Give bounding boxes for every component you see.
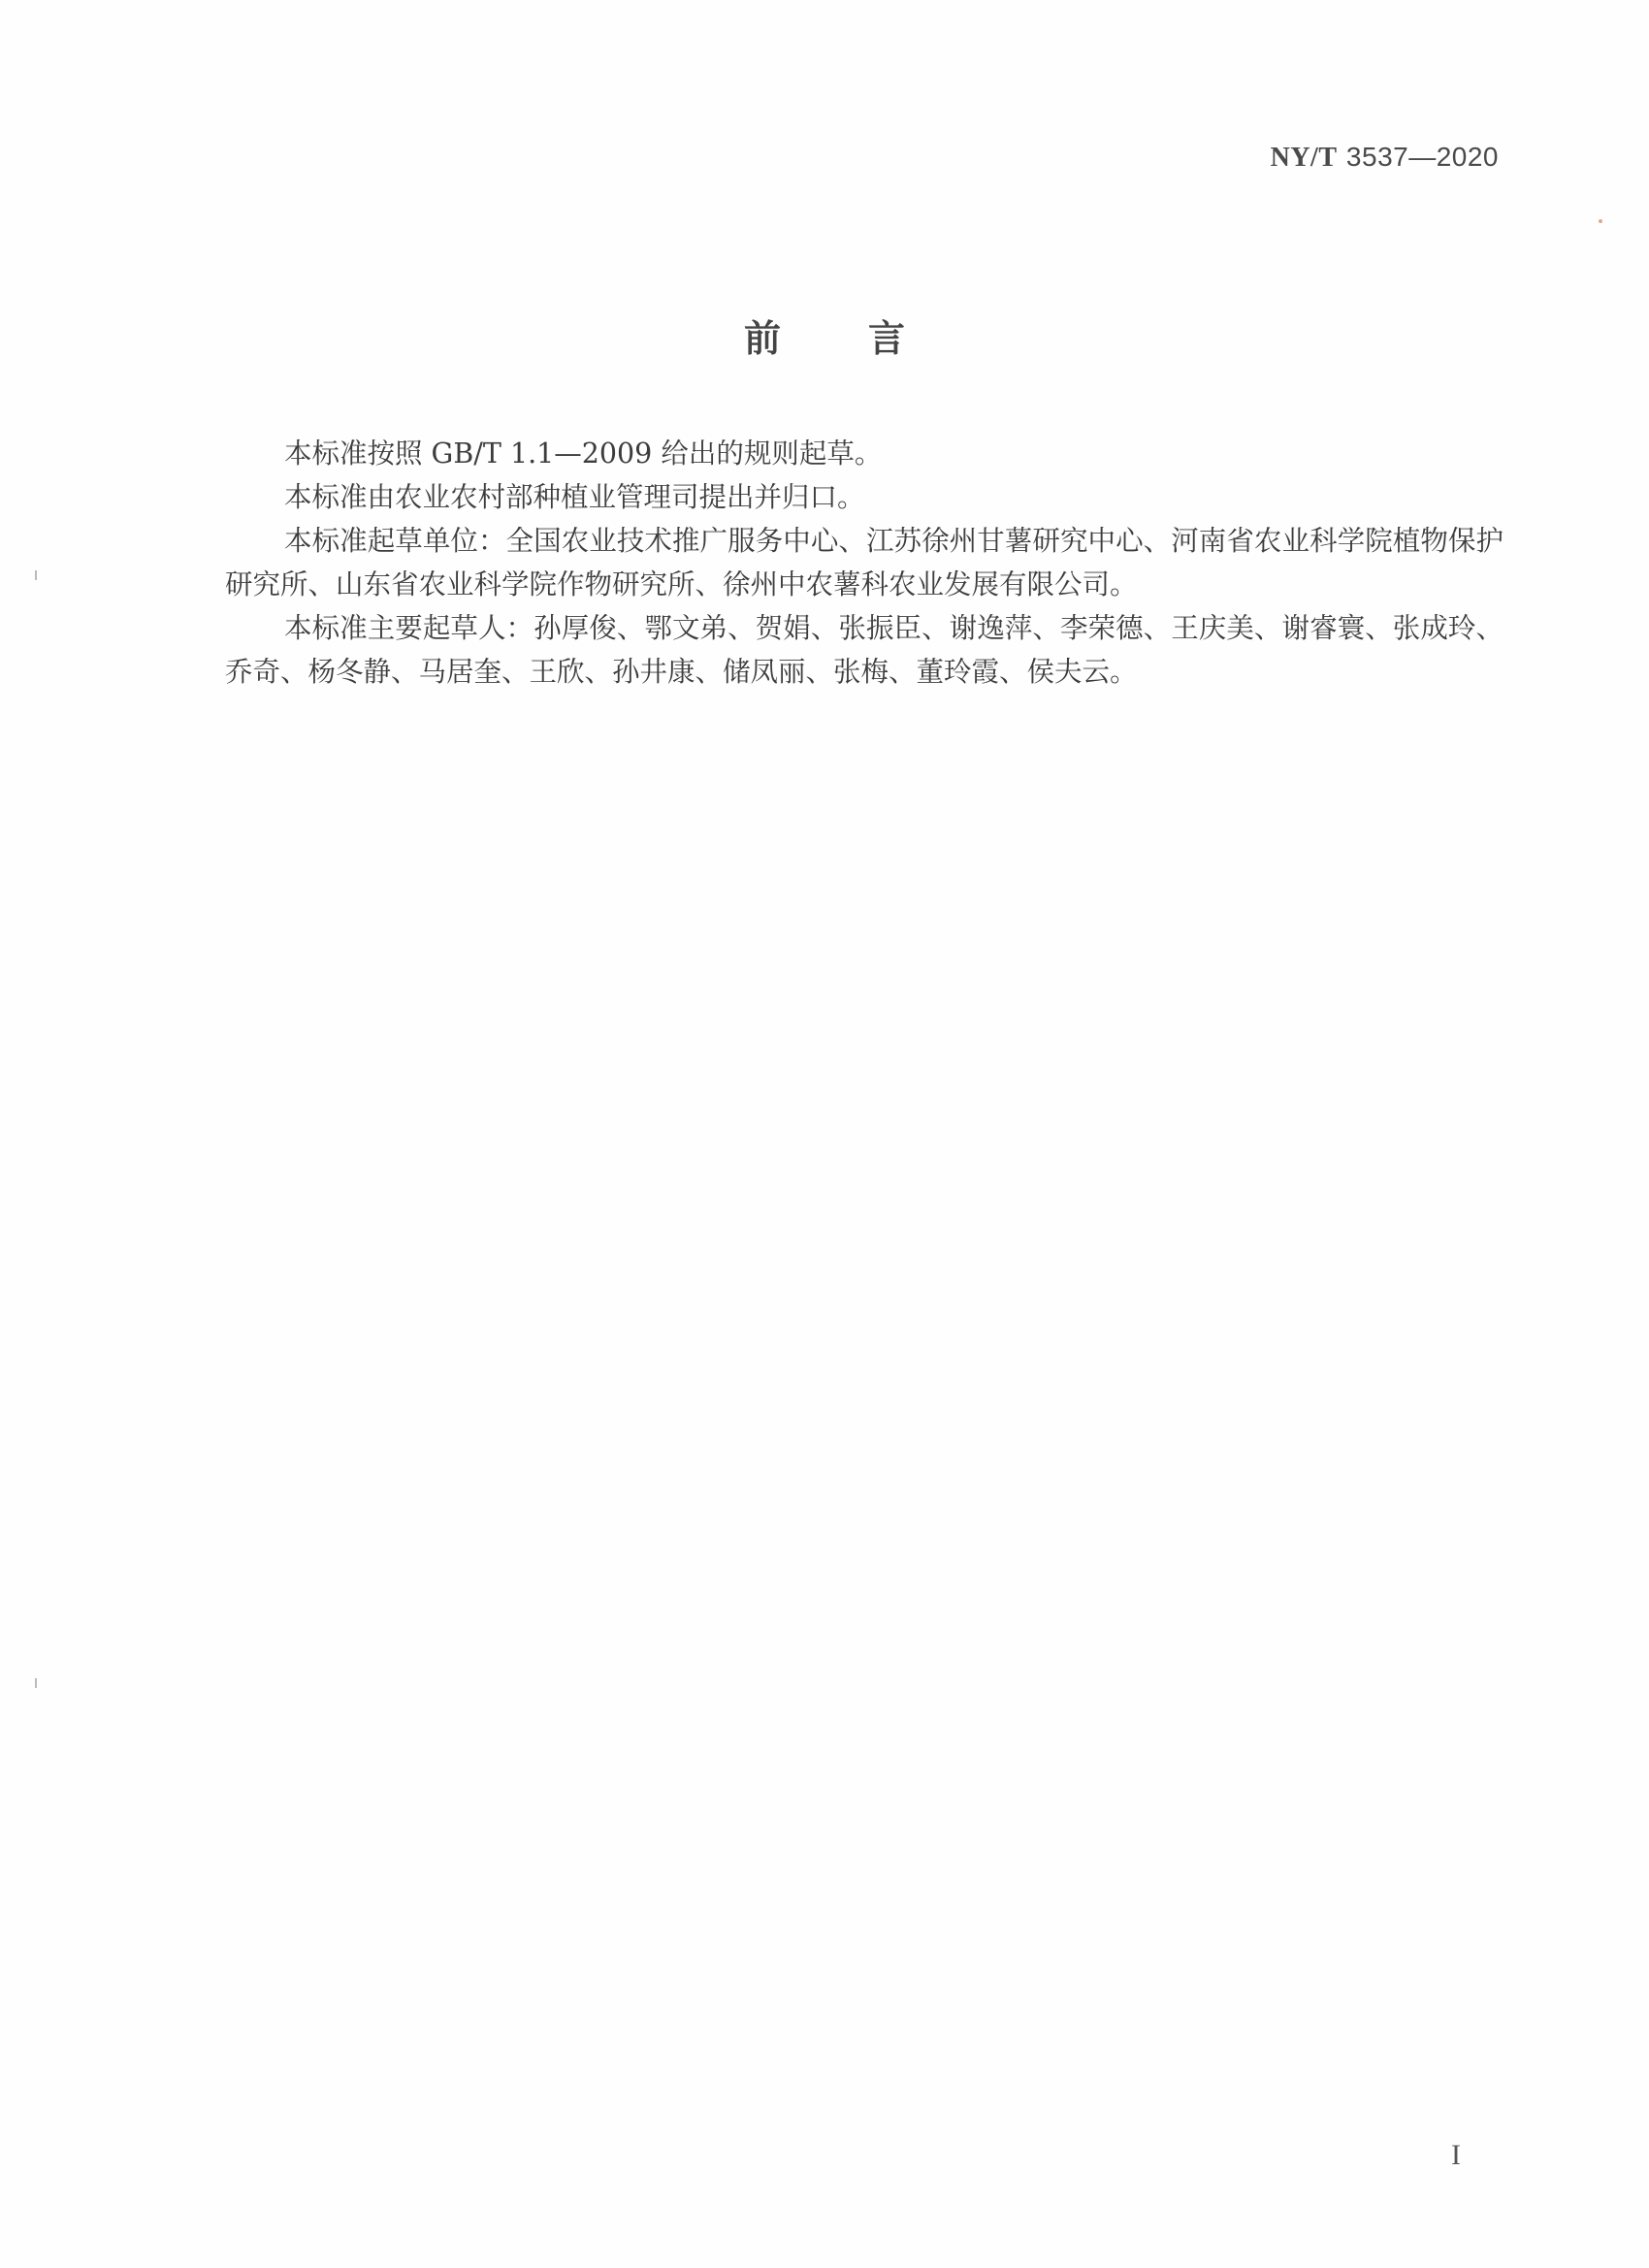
foreword-body: 本标准按照 GB/T 1.1—2009 给出的规则起草。 本标准由农业农村部种植… <box>225 432 1503 694</box>
standard-code: NY/T 3537—2020 <box>1271 141 1499 174</box>
scan-speck <box>35 570 37 580</box>
standard-prefix: NY/T <box>1271 143 1338 173</box>
standard-number: 3537—2020 <box>1346 142 1499 172</box>
paragraph-drafting-rules: 本标准按照 GB/T 1.1—2009 给出的规则起草。 <box>225 432 1503 475</box>
paragraph-proposer: 本标准由农业农村部种植业管理司提出并归口。 <box>225 475 1503 519</box>
page-number: I <box>1451 2139 1461 2172</box>
paragraph-drafting-units: 本标准起草单位：全国农业技术推广服务中心、江苏徐州甘薯研究中心、河南省农业科学院… <box>225 519 1503 606</box>
page-title: 前言 <box>0 308 1649 362</box>
scan-speck <box>1599 219 1602 223</box>
paragraph-drafters: 本标准主要起草人：孙厚俊、鄂文弟、贺娟、张振臣、谢逸萍、李荣德、王庆美、谢睿寰、… <box>225 606 1503 694</box>
scan-speck <box>35 1678 37 1688</box>
